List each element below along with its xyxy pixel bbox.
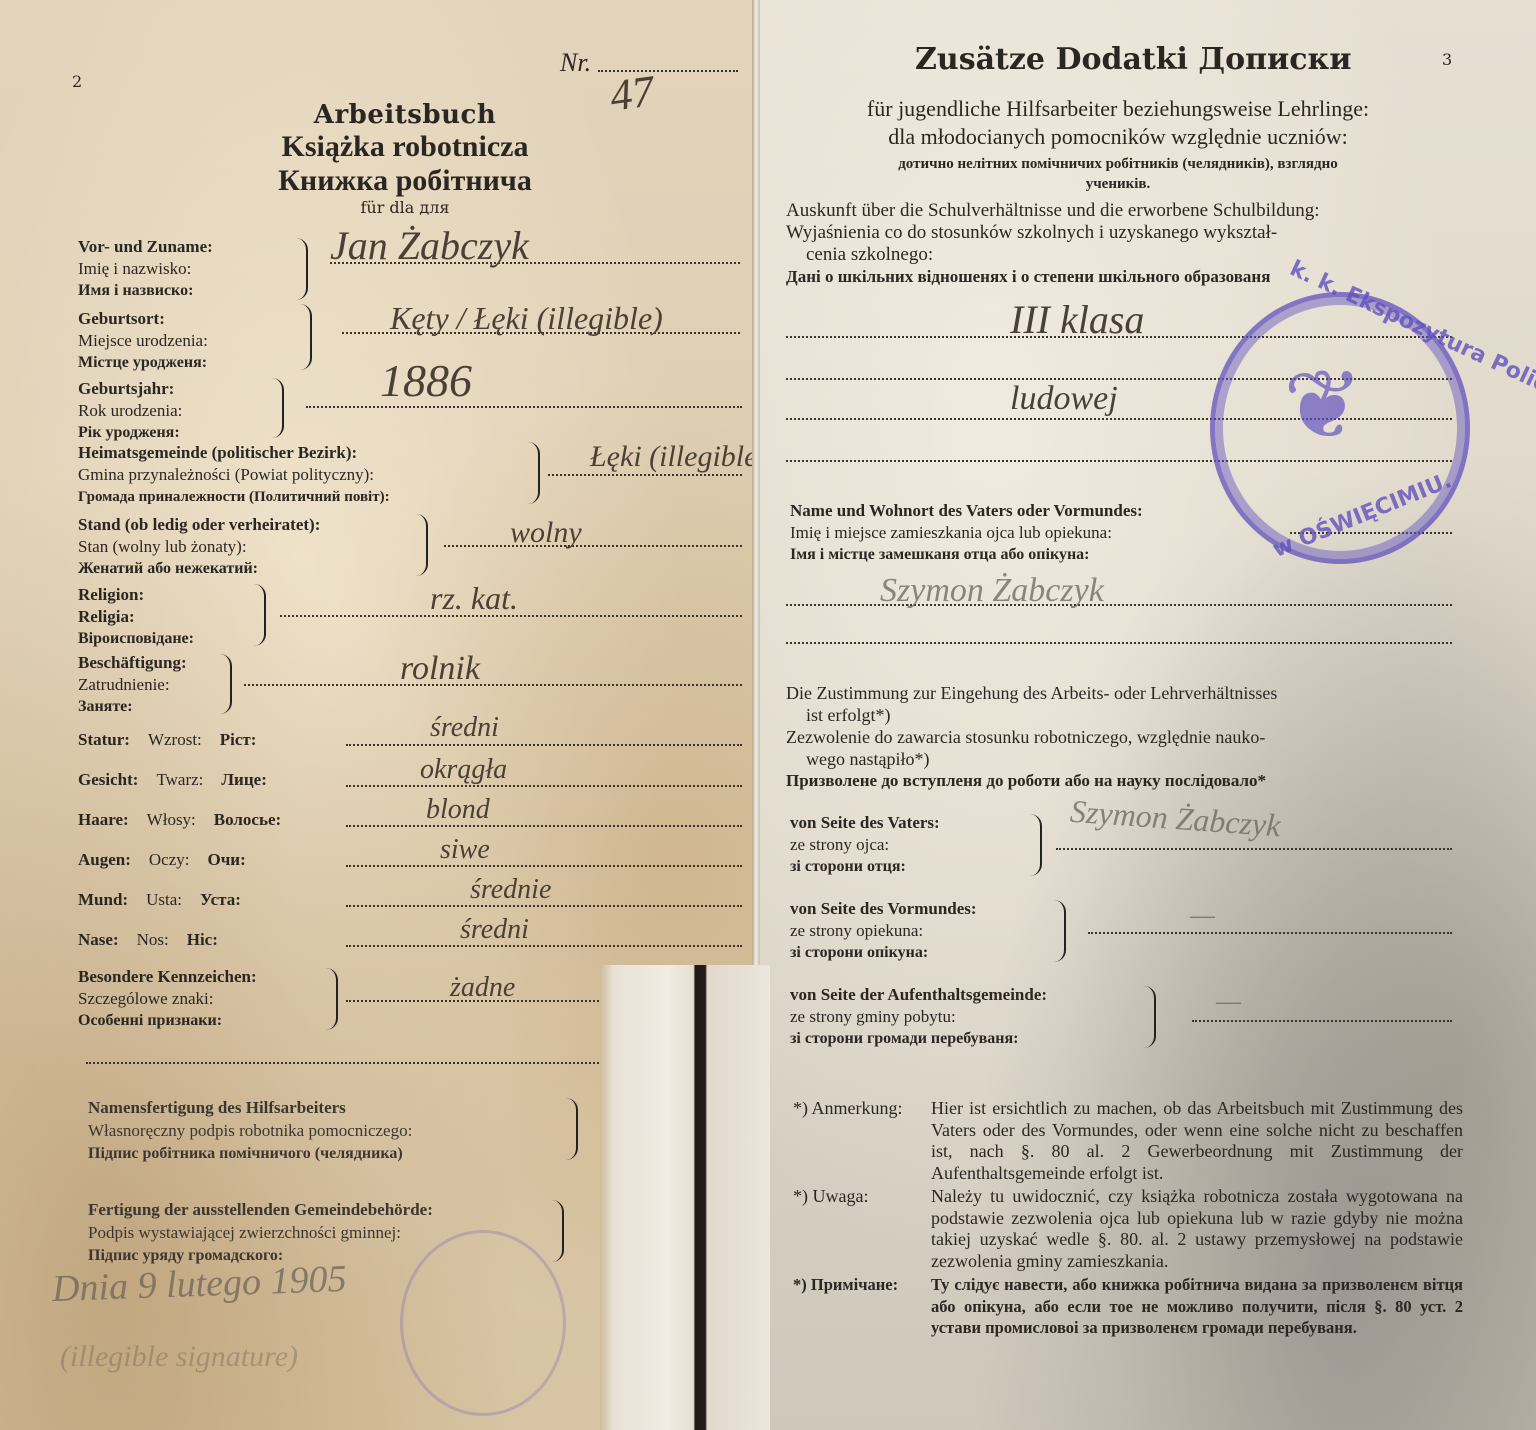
field-birthplace-value: Kęty / Łęki (illegible)	[390, 300, 663, 337]
brace	[566, 1098, 578, 1160]
torn-spine	[600, 965, 770, 1430]
field-birthyear-labels: Geburtsjahr: Rok urodzenia: Рік уродженя…	[78, 378, 182, 444]
title-ukrainian: Книжка робітнича	[240, 164, 570, 198]
label-de: Haare:	[78, 810, 129, 829]
label-uk: Ріст:	[220, 730, 257, 749]
field-home-community-labels: Heimatsgemeinde (politischer Bezirk): Gm…	[78, 442, 390, 508]
desc-nose: Nase:Nos:Ніс:	[78, 930, 236, 950]
label-uk: Віроисповідане:	[78, 628, 194, 650]
desc-hair-value: blond	[426, 794, 490, 826]
footnote-label: *) Примічане:	[793, 1274, 931, 1339]
label-de: von Seite des Vormundes:	[790, 898, 977, 920]
consent-uk: Призволене до вступленя до роботи або на…	[786, 770, 1456, 792]
label-uk: зі сторони громади перебуваня:	[790, 1028, 1047, 1050]
brace	[1144, 986, 1156, 1048]
consent-text: Die Zustimmung zur Eingehung des Arbeits…	[786, 682, 1456, 792]
label-pl: Rok urodzenia:	[78, 400, 182, 422]
label-de: Geburtsort:	[78, 308, 208, 330]
consent-community: von Seite der Aufenthaltsgemeinde: ze st…	[790, 984, 1047, 1050]
field-occupation-labels: Beschäftigung: Zatrudnienie: Заняте:	[78, 652, 187, 718]
label-uk: Женатий або нежекатий:	[78, 558, 320, 580]
field-line	[444, 545, 742, 547]
field-line	[346, 744, 742, 746]
label-pl: Religia:	[78, 606, 194, 628]
consent-guardian-value: —	[1190, 900, 1215, 932]
consent-pl-cont: wego nastąpiło*)	[786, 748, 1456, 770]
label-de: Beschäftigung:	[78, 652, 187, 674]
field-birthplace-labels: Geburtsort: Miejsce urodzenia: Містце ур…	[78, 308, 208, 374]
booklet-title: Arbeitsbuch Książka robotnicza Книжка ро…	[240, 100, 570, 217]
label-de: Augen:	[78, 850, 131, 869]
field-marital-status-labels: Stand (ob ledig oder verheiratet): Stan …	[78, 514, 320, 580]
footnote-text: Hier ist ersichtlich zu machen, ob das A…	[931, 1098, 1463, 1184]
number-label: Nr.	[560, 48, 591, 78]
label-pl: Oczy:	[149, 850, 190, 869]
label-de: Geburtsjahr:	[78, 378, 182, 400]
field-name-value: Jan Żabczyk	[330, 222, 529, 269]
title-for: für dla для	[240, 198, 570, 217]
label-de: Heimatsgemeinde (politischer Bezirk):	[78, 442, 390, 464]
label-pl: Wzrost:	[148, 730, 202, 749]
brace	[272, 378, 284, 438]
brace	[1030, 814, 1042, 876]
label-de: Religion:	[78, 584, 194, 606]
label-pl: Imię i miejsce zamieszkania ojca lub opi…	[790, 522, 1143, 544]
desc-hair: Haare:Włosy:Волосье:	[78, 810, 299, 830]
label-pl: ze strony opiekuna:	[790, 920, 977, 942]
footnote-uk: *) Примічане: Ту слідує навести, або кни…	[793, 1274, 1463, 1339]
label-pl: Miejsce urodzenia:	[78, 330, 208, 352]
label-uk: Очи:	[208, 850, 246, 869]
label-de: Besondere Kennzeichen:	[78, 966, 257, 988]
field-religion-labels: Religion: Religia: Віроисповідане:	[78, 584, 194, 650]
label-pl: Włosy:	[147, 810, 196, 829]
label-uk: Громада приналежности (Политичний повіт)…	[78, 486, 390, 508]
brace	[296, 238, 308, 300]
desc-mouth: Mund:Usta:Уста:	[78, 890, 259, 910]
consent-guardian: von Seite des Vormundes: ze strony opiek…	[790, 898, 977, 964]
label-uk: Імя і містце замешканя отца або опікуна:	[790, 544, 1143, 566]
label-pl: Usta:	[146, 890, 182, 909]
field-name-labels: Vor- und Zuname: Imię i nazwisko: Имя і …	[78, 236, 213, 302]
field-line	[346, 785, 742, 787]
subtitle-uk-1: дотично нелітних помічничих робітників (…	[782, 156, 1454, 173]
label-de: Auskunft über die Schulverhältnisse und …	[786, 200, 1456, 222]
label-uk: Особенні признаки:	[78, 1010, 257, 1032]
field-special-marks-value: żadne	[450, 972, 515, 1004]
field-line	[244, 684, 742, 686]
label-uk: Підпис робітника помічничого (челядника)	[88, 1142, 412, 1165]
field-religion-value: rz. kat.	[430, 580, 518, 617]
consent-community-value: —	[1216, 986, 1241, 1018]
label-uk: Рік уродженя:	[78, 422, 182, 444]
label-pl: Gmina przynależności (Powiat polityczny)…	[78, 464, 390, 486]
label-pl-cont: cenia szkolnego:	[786, 244, 1456, 266]
label-uk: зі сторони отця:	[790, 856, 940, 878]
label-uk: Волосье:	[214, 810, 281, 829]
field-line	[1088, 932, 1452, 934]
page-number: 2	[72, 72, 82, 91]
title-german: Arbeitsbuch	[240, 100, 570, 130]
label-pl: Imię i nazwisko:	[78, 258, 213, 280]
subtitle-uk-2: учеників.	[782, 176, 1454, 193]
brace	[254, 584, 266, 646]
separator-line	[86, 1062, 602, 1064]
label-uk: Заняте:	[78, 696, 187, 718]
label-de: Vor- und Zuname:	[78, 236, 213, 258]
label-pl: Nos:	[137, 930, 169, 949]
label-uk: Містце уродженя:	[78, 352, 208, 374]
title-polish: Książka robotnicza	[240, 130, 570, 164]
brace	[326, 968, 338, 1030]
subtitle-de: für jugendliche Hilfsarbeiter beziehungs…	[782, 96, 1454, 122]
footnotes: *) Anmerkung: Hier ist ersichtlich zu ma…	[793, 1098, 1463, 1341]
field-line	[1192, 1020, 1452, 1022]
brace	[528, 442, 540, 504]
label-pl: Twarz:	[156, 770, 203, 789]
label-de: Statur:	[78, 730, 130, 749]
field-line	[346, 945, 742, 947]
consent-de: Die Zustimmung zur Eingehung des Arbeits…	[786, 682, 1456, 704]
label-pl: Własnoręczny podpis robotnika pomocnicze…	[88, 1119, 412, 1142]
issue-date: Dnia 9 lutego 1905	[51, 1257, 347, 1311]
police-stamp: k. k. Ekspozytura Policyi ❦ w OŚWIĘCIMIU…	[1210, 292, 1470, 564]
field-line	[346, 865, 742, 867]
desc-face: Gesicht:Twarz:Лице:	[78, 770, 285, 790]
label-uk: зі сторони опікуна:	[790, 942, 977, 964]
desc-mouth-value: średnie	[470, 874, 551, 906]
desc-stature-value: średni	[430, 712, 499, 744]
label-de: Namensfertigung des Hilfsarbeiters	[88, 1096, 412, 1119]
footnote-pl: *) Uwaga: Należy tu uwidocznić, czy ksią…	[793, 1186, 1463, 1272]
label-de: Stand (ob ledig oder verheiratet):	[78, 514, 320, 536]
father-value: Szymon Żabczyk	[880, 572, 1104, 610]
authority-signature-labels: Fertigung der ausstellenden Gemeindebehö…	[88, 1198, 433, 1267]
brace	[300, 304, 312, 370]
label-uk: Лице:	[221, 770, 266, 789]
label-uk: Уста:	[200, 890, 241, 909]
footnote-de: *) Anmerkung: Hier ist ersichtlich zu ma…	[793, 1098, 1463, 1184]
right-page-title: Zusätze Dodatki Дописки	[915, 42, 1351, 77]
label-pl: Zatrudnienie:	[78, 674, 187, 696]
consent-de-cont: ist erfolgt*)	[786, 704, 1456, 726]
father-labels: Name und Wohnort des Vaters oder Vormund…	[790, 500, 1143, 566]
label-pl: Stan (wolny lub żonaty):	[78, 536, 320, 558]
field-line	[786, 642, 1452, 644]
brace	[416, 514, 428, 576]
school-labels: Auskunft über die Schulverhältnisse und …	[786, 200, 1456, 288]
label-de: Nase:	[78, 930, 119, 949]
school-value-1: III klasa	[1010, 296, 1144, 343]
faded-stamp	[400, 1230, 566, 1416]
label-pl: Wyjaśnienia co do stosunków szkolnych i …	[786, 222, 1456, 244]
school-value-2: ludowej	[1010, 380, 1118, 418]
label-de: Name und Wohnort des Vaters oder Vormund…	[790, 500, 1143, 522]
brace	[1054, 900, 1066, 962]
desc-nose-value: średni	[460, 914, 529, 946]
desc-eyes: Augen:Oczy:Очи:	[78, 850, 264, 870]
label-pl: ze strony gminy pobytu:	[790, 1006, 1047, 1028]
footnote-label: *) Uwaga:	[793, 1186, 931, 1272]
booklet-number: 47	[607, 65, 658, 122]
consent-pl: Zezwolenie do zawarcia stosunku robotnic…	[786, 726, 1456, 748]
field-marital-status-value: wolny	[510, 516, 582, 550]
field-line	[548, 474, 742, 476]
double-headed-eagle-icon: ❦	[1283, 357, 1363, 453]
label-pl: Szczególowe znaki:	[78, 988, 257, 1010]
authority-signature-value: (illegible signature)	[60, 1340, 298, 1374]
page-number: 3	[1442, 50, 1452, 69]
brace	[552, 1200, 564, 1262]
label-de: Mund:	[78, 890, 128, 909]
label-de: Fertigung der ausstellenden Gemeindebehö…	[88, 1198, 433, 1221]
desc-eyes-value: siwe	[440, 834, 490, 866]
footnote-text: Należy tu uwidocznić, czy książka robotn…	[931, 1186, 1463, 1272]
field-line	[306, 406, 742, 408]
label-de: Gesicht:	[78, 770, 138, 789]
field-occupation-value: rolnik	[400, 650, 480, 688]
field-special-marks-labels: Besondere Kennzeichen: Szczególowe znaki…	[78, 966, 257, 1032]
desc-stature: Statur:Wzrost:Ріст:	[78, 730, 274, 750]
label-de: von Seite der Aufenthaltsgemeinde:	[790, 984, 1047, 1006]
subtitle-pl: dla młodocianych pomocników względnie uc…	[782, 124, 1454, 150]
desc-face-value: okrągła	[420, 754, 507, 786]
field-line	[346, 825, 742, 827]
label-pl: ze strony ojca:	[790, 834, 940, 856]
label-uk: Имя і назвиско:	[78, 280, 213, 302]
book-spine	[752, 0, 760, 965]
field-home-community-value: Łęki (illegible)	[590, 440, 752, 474]
field-birthyear-value: 1886	[380, 354, 472, 407]
footnote-label: *) Anmerkung:	[793, 1098, 931, 1184]
label-de: von Seite des Vaters:	[790, 812, 940, 834]
label-uk: Ніс:	[187, 930, 218, 949]
footnote-text: Ту слідує навести, або книжка робітнича …	[931, 1274, 1463, 1339]
brace	[220, 654, 232, 714]
worker-signature-labels: Namensfertigung des Hilfsarbeiters Własn…	[88, 1096, 412, 1165]
field-line	[1056, 848, 1452, 850]
consent-father: von Seite des Vaters: ze strony ojca: зі…	[790, 812, 940, 878]
label-pl: Podpis wystawiającej zwierzchności gminn…	[88, 1221, 433, 1244]
